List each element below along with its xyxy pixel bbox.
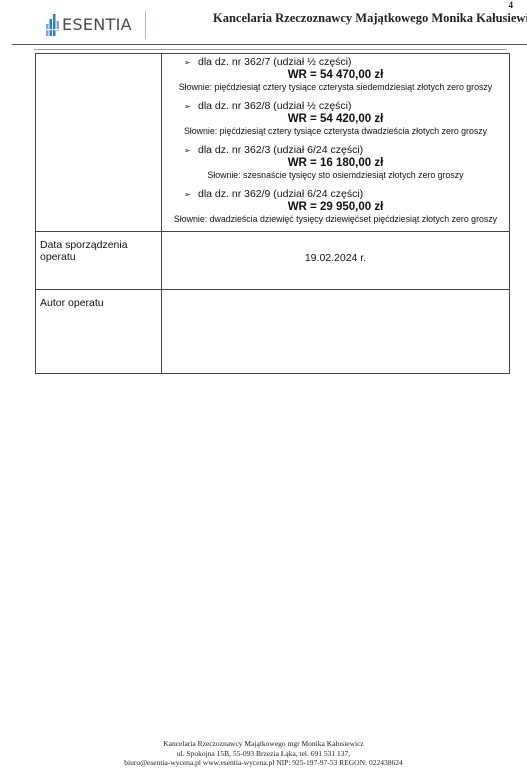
parcel-item: ➢dla dz. nr 362/3 (udział 6/24 części) W… (168, 144, 503, 181)
header-divider-secondary (34, 49, 507, 50)
arrow-bullet-icon: ➢ (184, 145, 198, 157)
parcel-label: dla dz. nr 362/8 (udział ½ części) (198, 100, 352, 112)
parcel-words: Słownie: pięćdziesiąt cztery tysiące czt… (168, 126, 503, 137)
parcel-value: WR = 16 180,00 zł (168, 157, 503, 170)
parcel-words: Słownie: szesnaście tysięcy sto osiemdzi… (168, 170, 503, 181)
parcel-item: ➢dla dz. nr 362/8 (udział ½ części) WR =… (168, 100, 503, 137)
arrow-bullet-icon: ➢ (184, 57, 198, 69)
table-row-values: ➢dla dz. nr 362/7 (udział ½ części) WR =… (36, 54, 510, 232)
table-row-date: Data sporządzenia operatu 19.02.2024 r. (36, 232, 510, 290)
footer-line-company: Kancelaria Rzeczoznawcy Majątkowego mgr … (0, 739, 527, 749)
valuation-table: ➢dla dz. nr 362/7 (udział ½ części) WR =… (35, 53, 510, 374)
author-value-cell (162, 290, 510, 374)
page-footer: Kancelaria Rzeczoznawcy Majątkowego mgr … (0, 739, 527, 768)
parcel-item: ➢dla dz. nr 362/7 (udział ½ części) WR =… (168, 56, 503, 93)
header-divider (12, 44, 527, 45)
page-number: 4 (509, 0, 514, 10)
parcel-item: ➢dla dz. nr 362/9 (udział 6/24 części) W… (168, 188, 503, 225)
parcel-value: WR = 54 470,00 zł (168, 69, 503, 82)
date-label: Data sporządzenia operatu (36, 232, 162, 290)
esentia-logo: ESENTIA (46, 10, 132, 38)
values-label-cell (36, 54, 162, 232)
arrow-bullet-icon: ➢ (184, 189, 198, 201)
date-value-cell: 19.02.2024 r. (162, 232, 510, 290)
footer-line-contact: biuro@esentia-wycena.pl www.esentia-wyce… (0, 758, 527, 768)
logo-bars-icon (46, 12, 60, 36)
header-title: Kancelaria Rzeczoznawcy Majątkowego Moni… (213, 11, 527, 26)
table-row-author: Autor operatu (36, 290, 510, 374)
date-value: 19.02.2024 r. (162, 232, 509, 264)
parcel-label: dla dz. nr 362/3 (udział 6/24 części) (198, 144, 363, 156)
parcel-words: Słownie: pięćdziesiąt cztery tysiące czt… (168, 82, 503, 93)
parcel-value: WR = 29 950,00 zł (168, 201, 503, 214)
values-content-cell: ➢dla dz. nr 362/7 (udział ½ części) WR =… (162, 54, 510, 232)
logo-text: ESENTIA (62, 15, 132, 34)
parcel-label: dla dz. nr 362/9 (udział 6/24 części) (198, 188, 363, 200)
parcel-words: Słownie: dwadzieścia dziewięć tysięcy dz… (168, 214, 503, 225)
footer-line-address: ul. Spokojna 15B, 55-093 Brzezia Łąka, t… (0, 749, 527, 759)
logo-separator (145, 11, 146, 39)
author-label: Autor operatu (36, 290, 162, 374)
arrow-bullet-icon: ➢ (184, 101, 198, 113)
parcel-label: dla dz. nr 362/7 (udział ½ części) (198, 56, 352, 68)
parcel-value: WR = 54 420,00 zł (168, 113, 503, 126)
